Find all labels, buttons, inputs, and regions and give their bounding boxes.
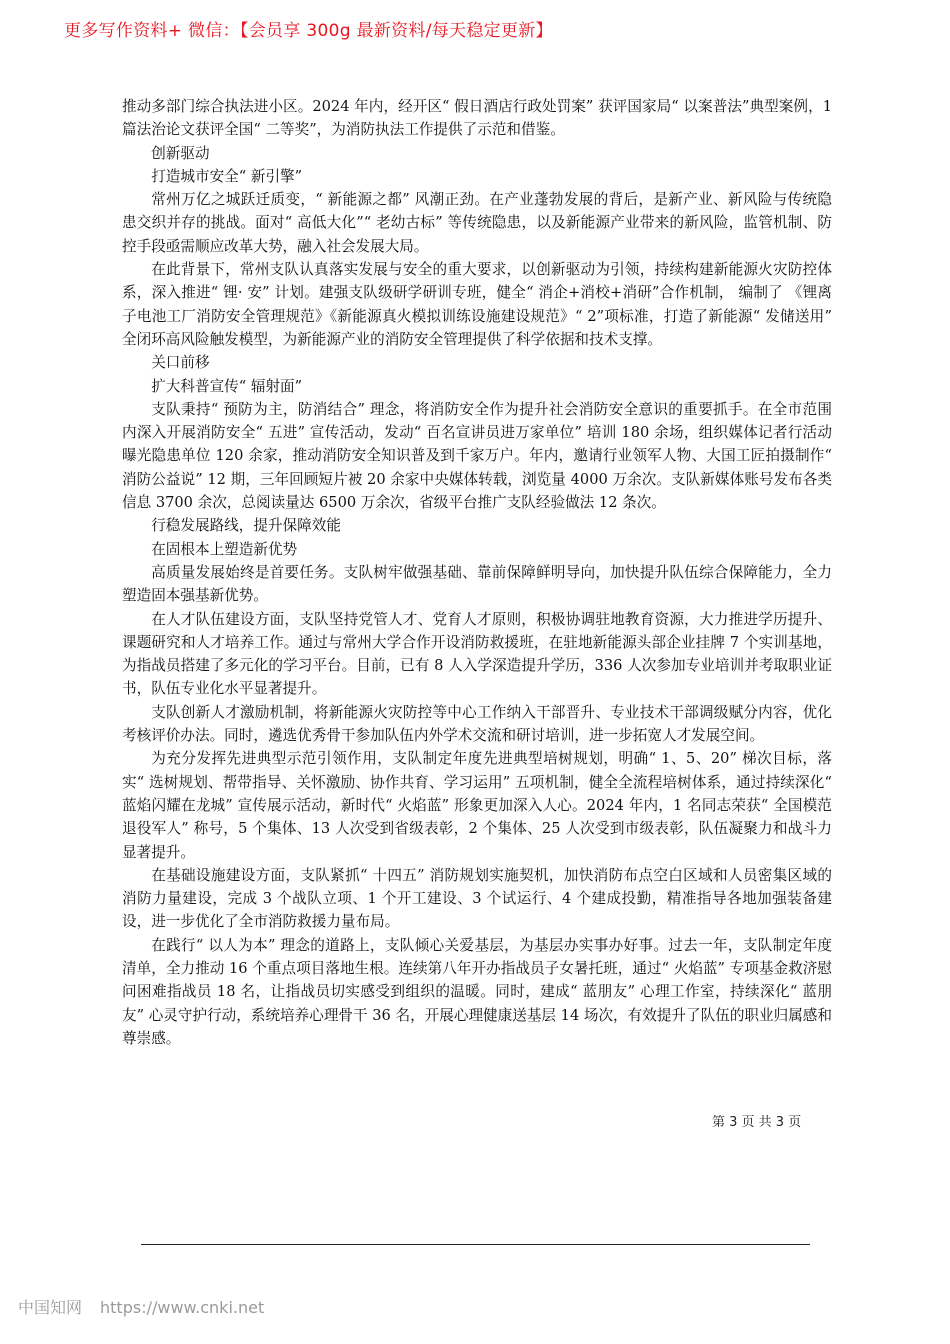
section-subheading: 打造城市安全“ 新引擎”	[122, 165, 832, 188]
paragraph: 支队秉持“ 预防为主，防消结合” 理念，将消防安全作为提升社会消防安全意识的重要…	[122, 398, 832, 514]
watermark-url: https://www.cnki.net	[100, 1298, 264, 1317]
paragraph: 在人才队伍建设方面，支队坚持党管人才、党育人才原则，积极协调驻地教育资源，大力推…	[122, 608, 832, 701]
paragraph: 在基础设施建设方面，支队紧抓“ 十四五” 消防规划实施契机，加快消防布点空白区域…	[122, 864, 832, 934]
paragraph: 高质量发展始终是首要任务。支队树牢做强基础、靠前保障鲜明导向，加快提升队伍综合保…	[122, 561, 832, 608]
cnki-watermark: 中国知网https://www.cnki.net	[18, 1295, 264, 1318]
section-subheading: 扩大科普宣传“ 辐射面”	[122, 375, 832, 398]
document-body: 推动多部门综合执法进小区。2024 年内，经开区“ 假日酒店行政处罚案” 获评国…	[122, 95, 832, 1050]
footer-divider	[141, 1244, 810, 1245]
paragraph: 推动多部门综合执法进小区。2024 年内，经开区“ 假日酒店行政处罚案” 获评国…	[122, 95, 832, 142]
paragraph: 在践行“ 以人为本” 理念的道路上，支队倾心关爱基层，为基层办实事办好事。过去一…	[122, 934, 832, 1050]
paragraph: 在此背景下，常州支队认真落实发展与安全的重大要求，以创新驱动为引领，持续构建新能…	[122, 258, 832, 351]
promo-banner: 更多写作资料+ 微信：【会员享 300g 最新资料/每天稳定更新】	[64, 16, 553, 41]
section-heading: 关口前移	[122, 351, 832, 374]
section-subheading: 在固根本上塑造新优势	[122, 538, 832, 561]
paragraph: 为充分发挥先进典型示范引领作用，支队制定年度先进典型培树规划，明确“ 1、5、2…	[122, 747, 832, 863]
watermark-site-name: 中国知网	[18, 1298, 82, 1317]
paragraph: 支队创新人才激励机制，将新能源火灾防控等中心工作纳入干部晋升、专业技术干部调级赋…	[122, 701, 832, 748]
page-number: 第 3 页 共 3 页	[712, 1111, 801, 1130]
section-heading: 创新驱动	[122, 142, 832, 165]
section-heading: 行稳发展路线，提升保障效能	[122, 514, 832, 537]
paragraph: 常州万亿之城跃迁质变，“ 新能源之都” 风潮正劲。在产业蓬勃发展的背后，是新产业…	[122, 188, 832, 258]
